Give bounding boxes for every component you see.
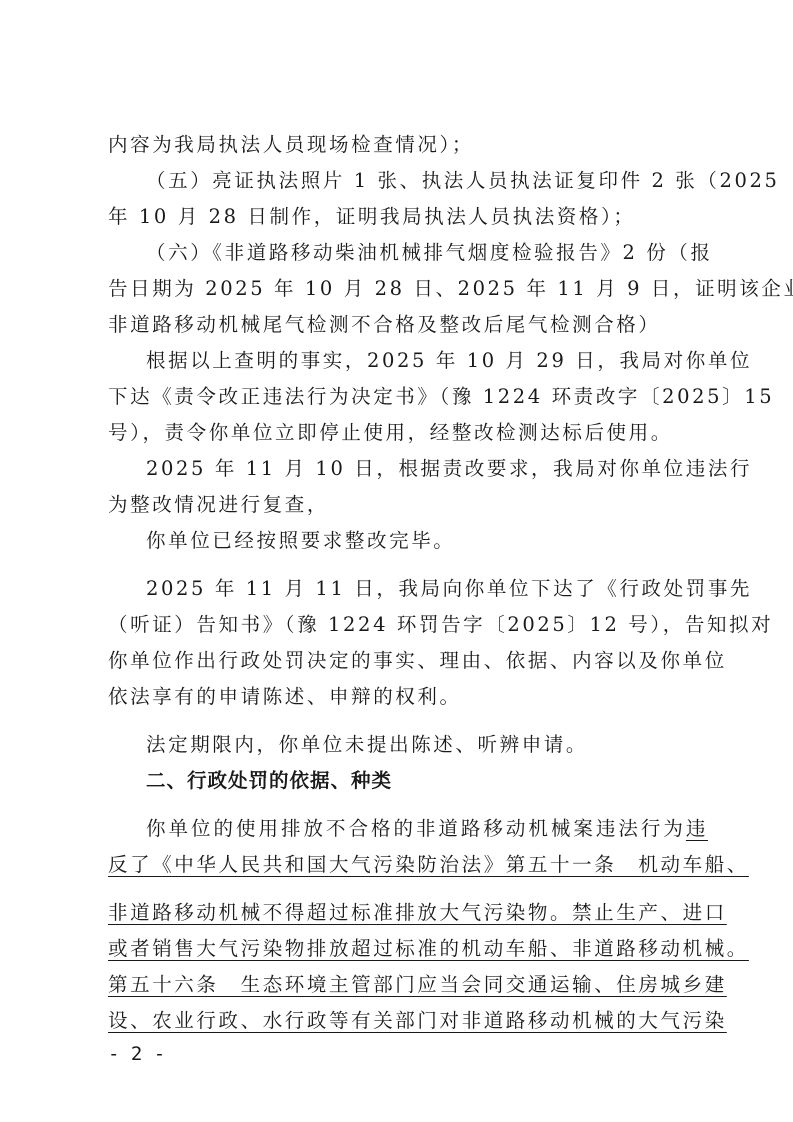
section-heading: 二、行政处罚的依据、种类 bbox=[146, 763, 708, 799]
text-line: 你单位已经按照要求整改完毕。 bbox=[146, 523, 708, 559]
text-line: 告日期为 2025 年 10 月 28 日、2025 年 11 月 9 日，证明… bbox=[108, 271, 708, 307]
text-line: 下达《责令改正违法行为决定书》（豫 1224 环责改字〔2025〕15 bbox=[108, 379, 708, 415]
text-line: （听证）告知书》（豫 1224 环罚告字〔2025〕12 号），告知拟对 bbox=[108, 607, 708, 643]
text-line: 年 10 月 28 日制作，证明我局执法人员执法资格）； bbox=[108, 199, 708, 235]
document-page: 内容为我局执法人员现场检查情况）； （五）亮证执法照片 1 张、执法人员执法证复… bbox=[0, 0, 793, 1122]
underlined-text: 违 bbox=[686, 817, 708, 840]
underlined-line: 或者销售大气污染物排放超过标准的机动车船、非道路移动机械。 bbox=[108, 931, 708, 967]
text-line: 2025 年 11 月 10 日，根据责改要求，我局对你单位违法行 bbox=[146, 451, 708, 487]
basis-text: 你单位的使用排放不合格的非道路移动机械案违法行为 bbox=[146, 817, 686, 840]
text-line: 为整改情况进行复查， bbox=[108, 487, 708, 523]
underlined-line: 非道路移动机械不得超过标准排放大气污染物。禁止生产、进口 bbox=[108, 895, 708, 931]
underlined-line: 设、农业行政、水行政等有关部门对非道路移动机械的大气污染 bbox=[108, 1003, 708, 1039]
text-line: 根据以上查明的事实，2025 年 10 月 29 日，我局对你单位 bbox=[146, 343, 708, 379]
text-line: （六）《非道路移动柴油机械排气烟度检验报告》2 份（报 bbox=[146, 235, 708, 271]
text-line: 2025 年 11 月 11 日，我局向你单位下达了《行政处罚事先 bbox=[146, 571, 708, 607]
text-line: 非道路移动机械尾气检测不合格及整改后尾气检测合格） bbox=[108, 307, 708, 343]
text-line: （五）亮证执法照片 1 张、执法人员执法证复印件 2 张（2025 bbox=[146, 163, 708, 199]
underlined-line: 反了《中华人民共和国大气污染防治法》第五十一条 机动车船、 bbox=[108, 847, 708, 883]
text-line: 你单位作出行政处罚决定的事实、理由、依据、内容以及你单位 bbox=[108, 643, 708, 679]
text-line: 号），责令你单位立即停止使用，经整改检测达标后使用。 bbox=[108, 415, 708, 451]
text-line: 你单位的使用排放不合格的非道路移动机械案违法行为违 bbox=[146, 811, 708, 847]
text-line: 依法享有的申请陈述、申辩的权利。 bbox=[108, 679, 708, 715]
text-line: 内容为我局执法人员现场检查情况）； bbox=[108, 127, 708, 163]
text-line: 法定期限内，你单位未提出陈述、听辨申请。 bbox=[146, 727, 708, 763]
underlined-line: 第五十六条 生态环境主管部门应当会同交通运输、住房城乡建 bbox=[108, 967, 708, 1003]
page-number: - 2 - bbox=[108, 1043, 165, 1065]
